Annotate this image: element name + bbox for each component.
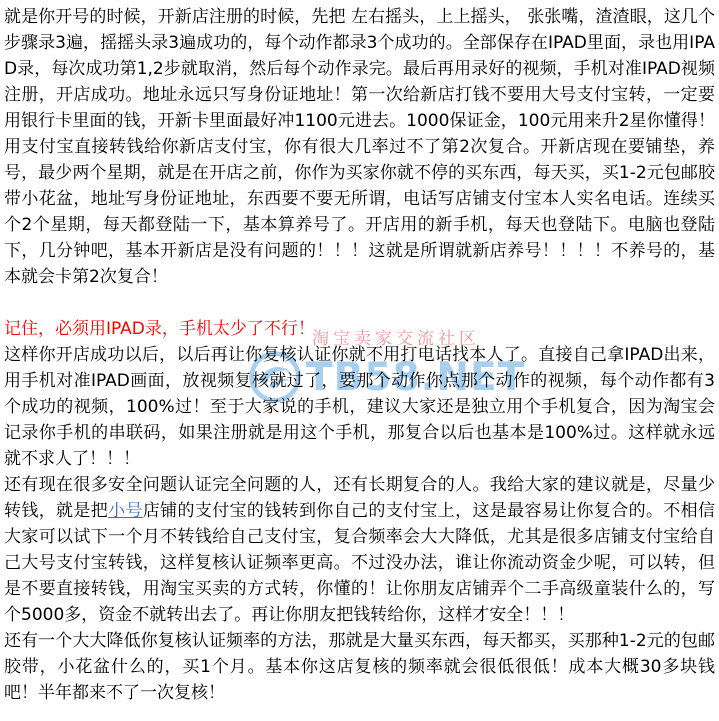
paragraph-registration-tips: 就是你开号的时候，开新店注册的时候，先把 左右摇头，上上摇头， 张张嘴，渣渣眼，… xyxy=(4,4,715,290)
article-body: 就是你开号的时候，开新店注册的时候，先把 左右摇头，上上摇头， 张张嘴，渣渣眼，… xyxy=(0,0,719,706)
paragraph-transfer-advice: 还有现在很多安全问题认证完全问题的人，还有长期复合的人。我给大家的建议就是，尽量… xyxy=(4,472,715,628)
xiaohao-link[interactable]: 小号 xyxy=(108,501,143,521)
paragraph-recheck-method: 这样你开店成功以后，以后再让你复核认证你就不用打电话找本人了。直接自己拿IPAD… xyxy=(4,342,715,472)
paragraph-buying-tip: 还有一个大大降低你复核认证频率的方法，那就是大量买东西，每天都买，买那种1-2元… xyxy=(4,628,715,706)
article-screenshot: 淘宝卖家交流社区 TB58.NET 就是你开号的时候，开新店注册的时候，先把 左… xyxy=(0,0,719,721)
warning-line: 记住，必须用IPAD录，手机太少了不行！ xyxy=(4,316,715,342)
